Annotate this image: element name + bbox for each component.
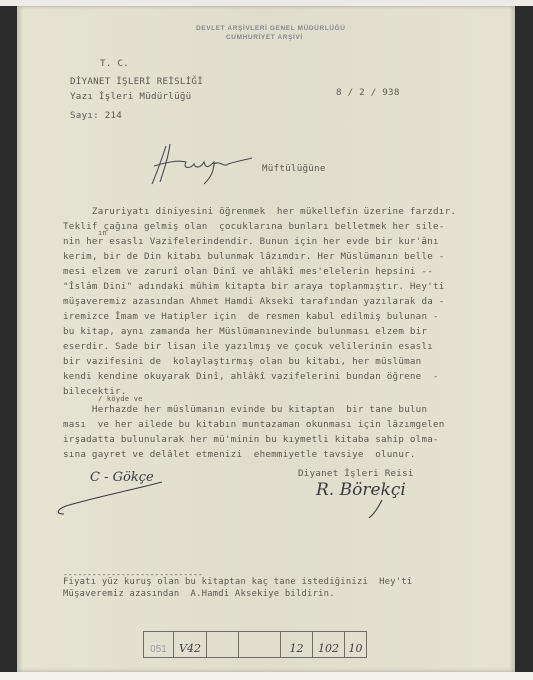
paraph-underline-icon bbox=[52, 478, 172, 518]
archive-stamp-line2: CUMHURİYET ARŞİVİ bbox=[226, 34, 303, 41]
signature-tail-icon bbox=[366, 498, 386, 520]
body-line: bu kitap, aynı zamanda her Müslümanınevi… bbox=[63, 327, 427, 336]
header-number: Sayı: 214 bbox=[70, 111, 122, 120]
archive-cell: 051 bbox=[144, 632, 174, 657]
interlinear-note-in: ın bbox=[98, 230, 107, 237]
body-line: iremizce İmam ve Hatipler için de resmen… bbox=[63, 312, 439, 321]
body-line: Herhazde her müslümanın evinde bu kitapt… bbox=[63, 405, 427, 414]
archive-cell bbox=[239, 632, 281, 657]
body-line: Zaruriyatı diniyesini öğrenmek her mükel… bbox=[63, 207, 456, 216]
body-line: ması ve her ailede bu kitabın muntazaman… bbox=[63, 420, 445, 429]
archive-reference-box: 051 V42 12 102 10 bbox=[143, 631, 367, 658]
body-line: kerim, bir de Din kitabı bulunmak lâzımd… bbox=[63, 252, 445, 261]
signature-borekci: R. Börekçi bbox=[316, 480, 406, 500]
addressee-muftuluk: Müftülüğüne bbox=[262, 164, 326, 173]
body-line: irşadatta bulunularak her mü'minin bu kı… bbox=[63, 435, 439, 444]
closing-title: Diyanet İşleri Reisi bbox=[298, 469, 414, 478]
archive-stamp-line1: DEVLET ARŞİVLERİ GENEL MÜDÜRLÜĞÜ bbox=[196, 25, 346, 32]
body-line: kendi kendine okuyarak Dinî, ahlâkî vazi… bbox=[63, 372, 439, 381]
number-label: Sayı: bbox=[70, 110, 99, 121]
body-line: nin her esaslı Vazifelerindendir. Bunun … bbox=[63, 237, 439, 246]
header-tc: T. C. bbox=[100, 59, 129, 68]
header-date: 8 / 2 / 938 bbox=[336, 88, 400, 97]
archive-cell: 10 bbox=[345, 632, 366, 657]
scan-bottom-edge bbox=[0, 672, 533, 680]
body-line: Teklif çağına gelmiş olan çocuklarına bu… bbox=[63, 222, 445, 231]
body-line: sına gayret ve delâlet etmenizi ehemmiye… bbox=[63, 450, 416, 459]
archive-cell bbox=[207, 632, 239, 657]
body-line: eserdir. Sade bir lisan ile yazılmış ve … bbox=[63, 342, 433, 351]
interlinear-note-koyde: / köyde ve bbox=[98, 396, 143, 403]
body-line: mesi elzem ve zarurî olan Dinî ve ahlâkî… bbox=[63, 267, 433, 276]
header-institution: DİYANET İŞLERİ REİSLİĞİ bbox=[70, 77, 203, 86]
body-line: müşaveremiz azasından Ahmet Hamdi Akseki… bbox=[63, 297, 445, 306]
handwritten-kanya-icon bbox=[148, 140, 258, 190]
header-department: Yazı İşleri Müdürlüğü bbox=[70, 92, 191, 101]
body-line: "İslâm Dini" adındaki mühim kitapta bir … bbox=[63, 282, 445, 291]
archive-cell: 102 bbox=[313, 632, 345, 657]
archive-cell: V42 bbox=[174, 632, 207, 657]
footnote-line1: Fiyatı yüz kuruş olan bu kitaptan kaç ta… bbox=[63, 578, 412, 587]
number-value: 214 bbox=[105, 110, 122, 121]
footnote-line2: Müşaveremiz azasından A.Hamdi Aksekiye b… bbox=[63, 590, 335, 599]
body-line: bir vazifesini de kolaylaştırmış olan bu… bbox=[63, 357, 421, 366]
archive-cell: 12 bbox=[281, 632, 313, 657]
